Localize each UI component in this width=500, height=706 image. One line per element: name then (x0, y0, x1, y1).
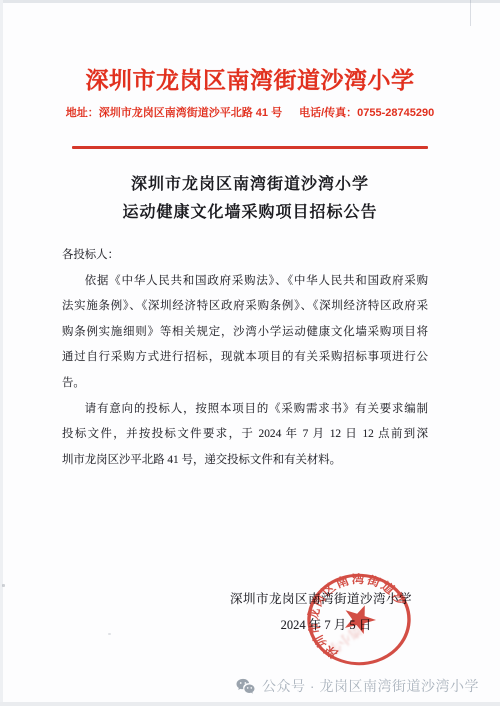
body-line: 法实施条例》、《深圳经济特区政府采购条例》、《深圳经济特区政府采 (62, 294, 428, 320)
document-body: 各投标人： 依据《中华人民共和国政府采购法》、《中华人民共和国政府采购 法实施条… (62, 243, 428, 473)
wechat-account-label: 公众号 · 龙岗区南湾街道沙湾小学 (262, 676, 479, 696)
document-title-line2: 运动健康文化墙采购项目招标公告 (0, 199, 500, 222)
body-salutation: 各投标人： (62, 243, 428, 269)
body-line: 购条例实施细则》等相关规定，沙湾小学运动健康文化墙采购项目将 (62, 320, 428, 346)
letterhead-divider-rule (72, 146, 428, 149)
letterhead-phone-fax: 电话/传真：0755-28745290 (299, 104, 434, 120)
body-line: 请有意向的投标人，按照本项目的《采购需求书》有关要求编制 (62, 397, 428, 423)
seal-star (339, 600, 380, 635)
wechat-watermark: 公众号 · 龙岗区南湾街道沙湾小学 (235, 676, 479, 696)
body-line: 通过自行采购方式进行招标，现就本项目的有关采购招标事项进行公 (62, 345, 428, 371)
letterhead-contact-row: 地址：深圳市龙岗区南湾街道沙平北路 41 号 电话/传真：0755-287452… (0, 104, 500, 120)
body-line: 依据《中华人民共和国政府采购法》、《中华人民共和国政府采购 (62, 269, 428, 295)
official-red-seal: 深圳市龙岗区南湾街道沙湾小学 (303, 570, 415, 669)
scan-speck (2, 584, 5, 587)
letterhead-school-name: 深圳市龙岗区南湾街道沙湾小学 (0, 62, 500, 95)
scan-speck (108, 633, 111, 635)
scan-edge-top (0, 0, 500, 3)
body-line: 告。 (62, 371, 428, 397)
body-line: 圳市龙岗区沙平北路 41 号，递交投标文件和有关材料。 (62, 448, 428, 474)
document-title-line1: 深圳市龙岗区南湾街道沙湾小学 (0, 171, 500, 194)
letterhead-address: 地址：深圳市龙岗区南湾街道沙平北路 41 号 (66, 104, 282, 120)
wechat-icon (235, 678, 255, 695)
scanned-document-page: 深圳市龙岗区南湾街道沙湾小学 地址：深圳市龙岗区南湾街道沙平北路 41 号 电话… (0, 0, 500, 706)
body-line: 投标文件，并按投标文件要求，于 2024 年 7 月 12 日 12 点前到深 (62, 422, 428, 448)
scan-edge-bottom (0, 702, 500, 706)
scan-artifact-line (470, 0, 471, 26)
